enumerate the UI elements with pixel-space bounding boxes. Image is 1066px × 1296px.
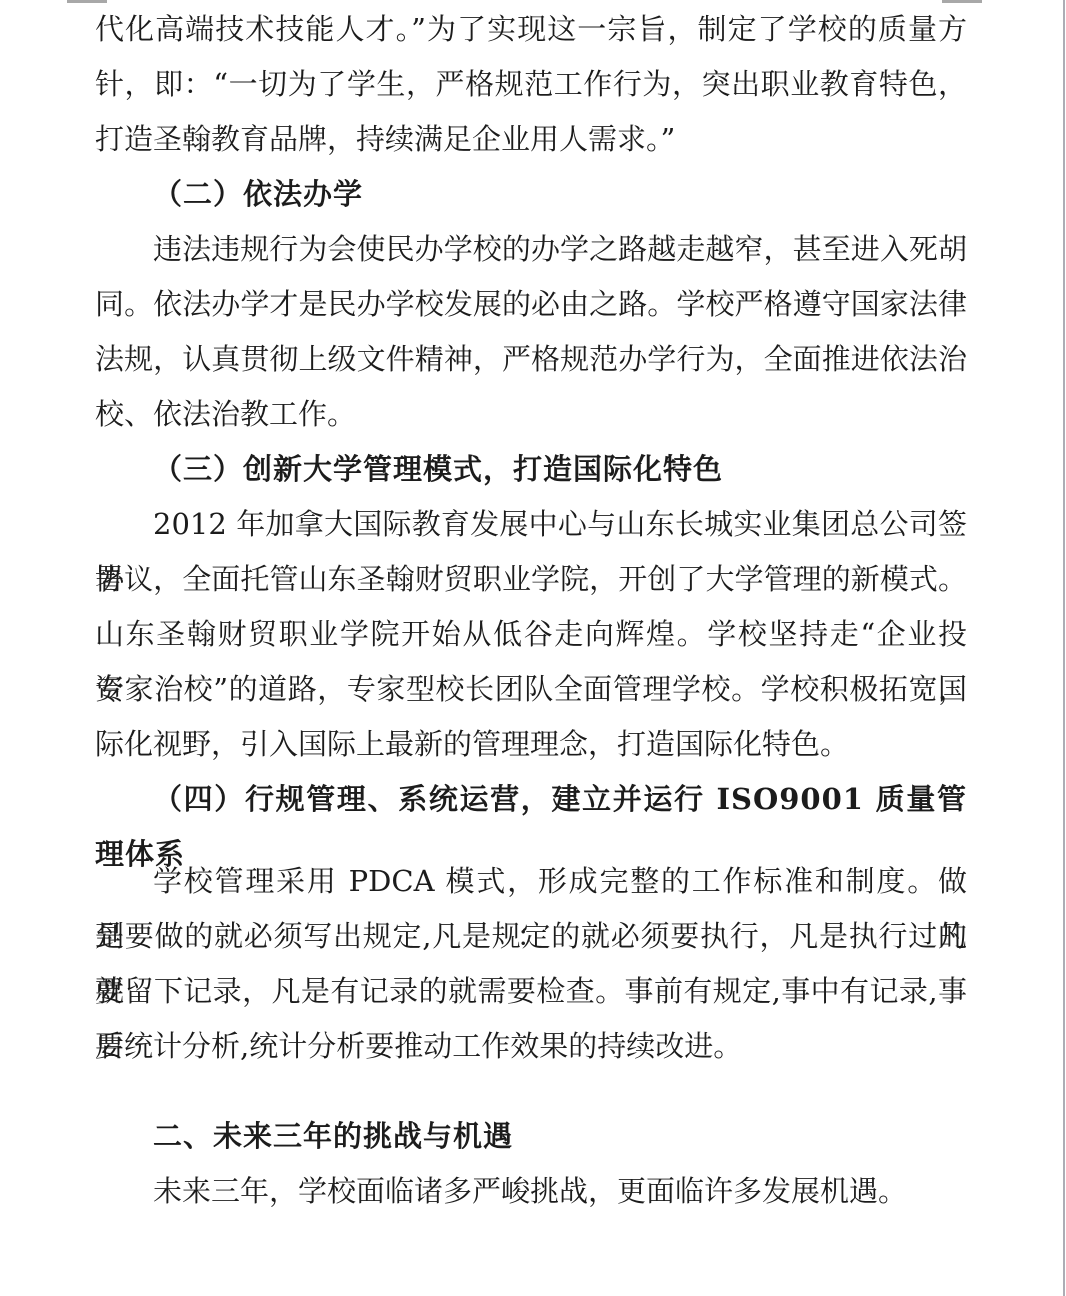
section-heading-yifabanxue: （二）依法办学 [95,167,967,222]
paragraph-quality-policy: 代化高端技术技能人才。”为了实现这一宗旨，制定了学校的质量方 针，即：“一切为了… [95,2,967,167]
body-line: 违法违规行为会使民办学校的办学之路越走越窄，甚至进入死胡 [95,222,967,277]
chapter-heading-future-three-years: 二、未来三年的挑战与机遇 [95,1109,967,1164]
body-line: 打造圣翰教育品牌，持续满足企业用人需求。” [95,112,967,167]
paragraph-law-based-schooling: 违法违规行为会使民办学校的办学之路越走越窄，甚至进入死胡 同。依法办学才是民办学… [95,222,967,442]
body-line: 未来三年，学校面临诸多严峻挑战，更面临许多发展机遇。 [95,1164,967,1219]
body-line: 协议，全面托管山东圣翰财贸职业学院，开创了大学管理的新模式。 [95,552,967,607]
paragraph-challenges-opportunities: 未来三年，学校面临诸多严峻挑战，更面临许多发展机遇。 [95,1164,967,1219]
document-page: 代化高端技术技能人才。”为了实现这一宗旨，制定了学校的质量方 针，即：“一切为了… [95,2,967,1219]
section-heading-innovation-management: （三）创新大学管理模式，打造国际化特色 [95,442,967,497]
body-line: 代化高端技术技能人才。”为了实现这一宗旨，制定了学校的质量方 [95,2,967,57]
body-line: 法规，认真贯彻上级文件精神，严格规范办学行为，全面推进依法治 [95,332,967,387]
body-line: 是要做的就必须写出规定,凡是规定的就必须要执行，凡是执行过的就 [95,909,967,964]
body-line: 校、依法治教工作。 [95,387,967,442]
body-line: 要留下记录，凡是有记录的就需要检查。事前有规定,事中有记录,事后 [95,964,967,1019]
paragraph-pdca: 学校管理采用 PDCA 模式，形成完整的工作标准和制度。做到：凡 是要做的就必须… [95,854,967,1074]
body-line: 专家治校”的道路，专家型校长团队全面管理学校。学校积极拓宽国 [95,662,967,717]
page-edge-line [1063,0,1065,1296]
body-line: 学校管理采用 PDCA 模式，形成完整的工作标准和制度。做到：凡 [95,854,967,909]
body-line: 针，即：“一切为了学生，严格规范工作行为，突出职业教育特色， [95,57,967,112]
section-heading-iso9001: （四）行规管理、系统运营，建立并运行 ISO9001 质量管理体系 [95,772,967,827]
paragraph-2012-trusteeship: 2012 年加拿大国际教育发展中心与山东长城实业集团总公司签署 协议，全面托管山… [95,497,967,772]
body-line: 要统计分析,统计分析要推动工作效果的持续改进。 [95,1019,967,1074]
body-line: 2012 年加拿大国际教育发展中心与山东长城实业集团总公司签署 [95,497,967,552]
body-line: 际化视野，引入国际上最新的管理理念，打造国际化特色。 [95,717,967,772]
body-line: 山东圣翰财贸职业学院开始从低谷走向辉煌。学校坚持走“企业投资， [95,607,967,662]
body-line: 同。依法办学才是民办学校发展的必由之路。学校严格遵守国家法律 [95,277,967,332]
